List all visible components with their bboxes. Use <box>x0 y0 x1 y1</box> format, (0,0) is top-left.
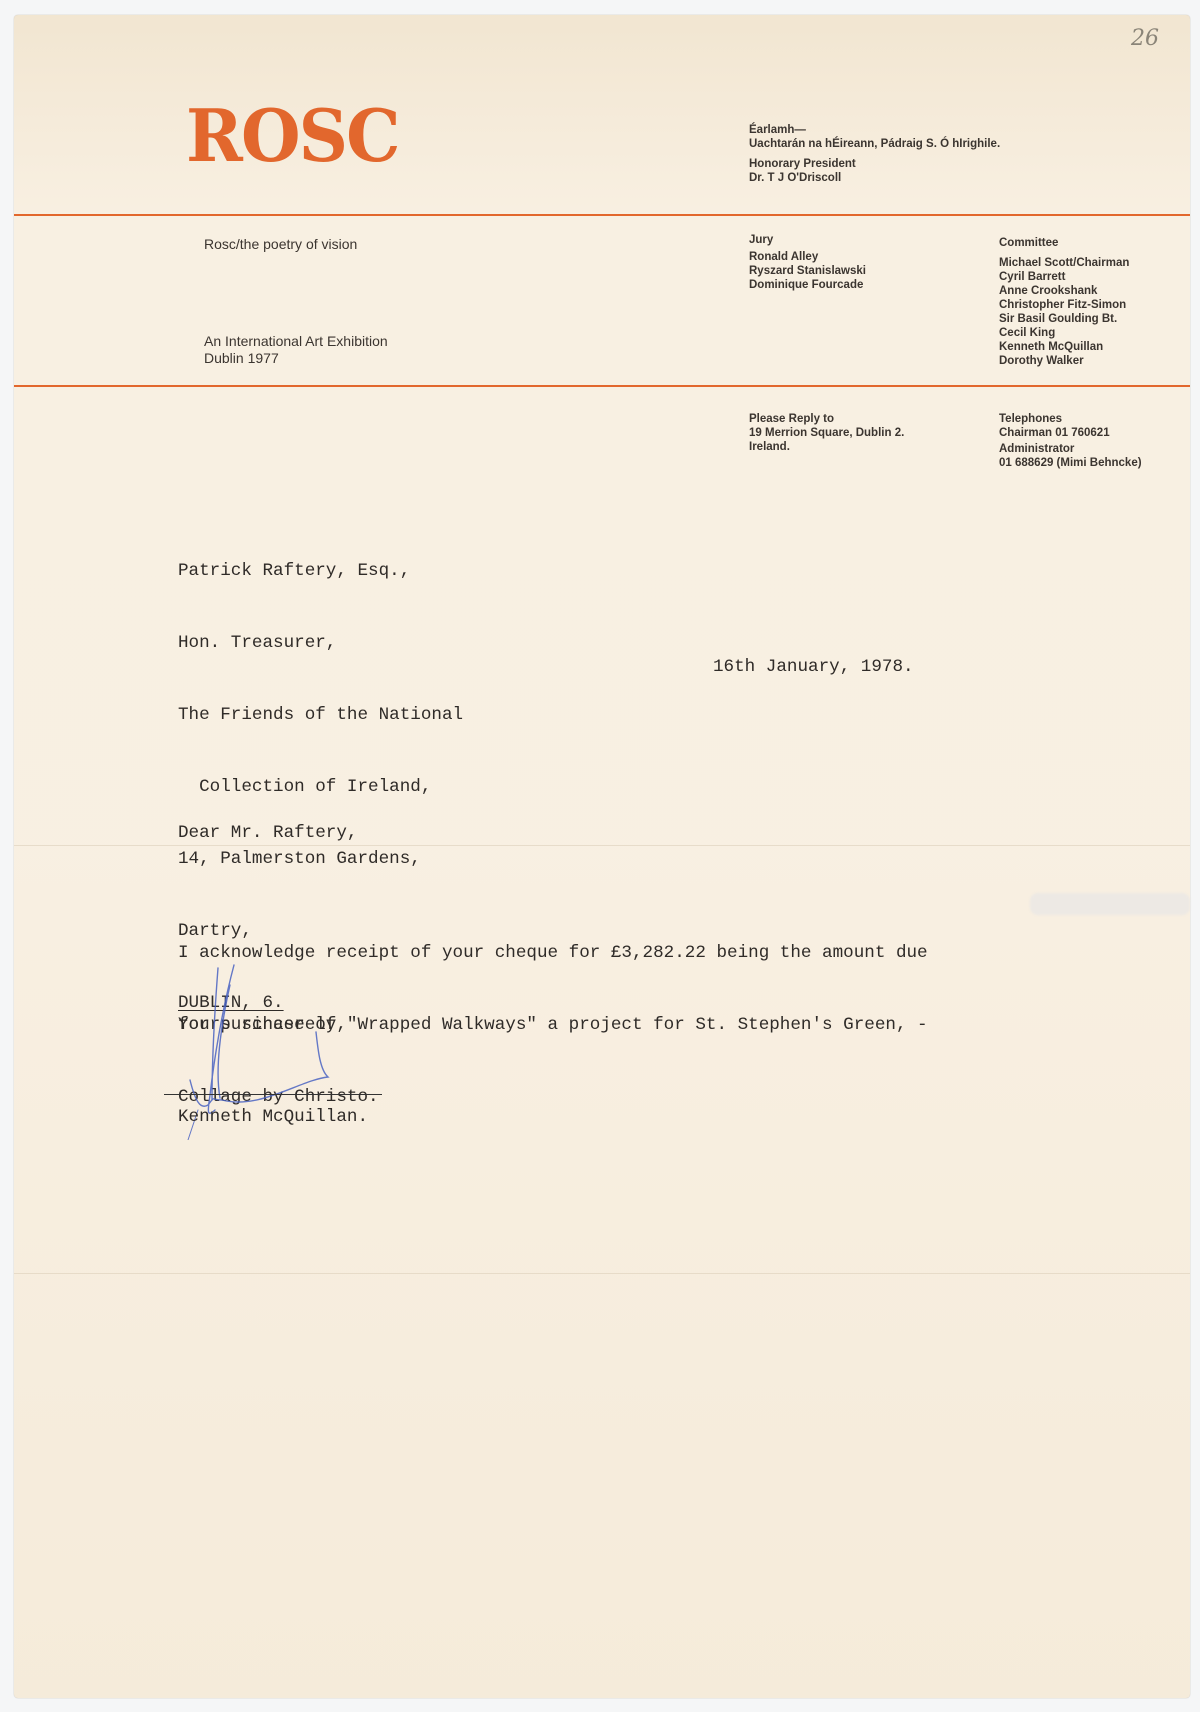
committee-block: Committee Michael Scott/Chairman Cyril B… <box>999 236 1129 368</box>
orange-rule-bottom <box>14 385 1190 387</box>
recipient-line: Hon. Treasurer, <box>178 631 463 655</box>
jury-member: Ronald Alley <box>749 250 866 264</box>
rosc-logo: ROSC <box>186 100 399 172</box>
telephones-label: Telephones <box>999 412 1142 426</box>
committee-member: Kenneth McQuillan <box>999 340 1129 354</box>
patron-name: Uachtarán na hÉireann, Pádraig S. Ó hIri… <box>749 137 1000 151</box>
exhibition-block: An International Art Exhibition Dublin 1… <box>204 333 388 367</box>
patron-label: Éarlamh— <box>749 123 1000 137</box>
signatory-name: Kenneth McQuillan. <box>178 1105 368 1129</box>
committee-member: Michael Scott/Chairman <box>999 256 1129 270</box>
exhibition-line2: Dublin 1977 <box>204 350 388 367</box>
honorary-president-name: Dr. T J O'Driscoll <box>749 171 1000 185</box>
telephones-block: Telephones Chairman 01 760621 Administra… <box>999 412 1142 470</box>
salutation: Dear Mr. Raftery, <box>178 821 358 845</box>
jury-member: Dominique Fourcade <box>749 278 866 292</box>
committee-member: Sir Basil Goulding Bt. <box>999 312 1129 326</box>
signature-line <box>164 1094 382 1095</box>
committee-member: Dorothy Walker <box>999 354 1129 368</box>
recipient-line: The Friends of the National <box>178 703 463 727</box>
exhibition-line1: An International Art Exhibition <box>204 333 388 350</box>
jury-member: Ryszard Stanislawski <box>749 264 866 278</box>
reply-line2: Ireland. <box>749 440 904 454</box>
committee-member: Cyril Barrett <box>999 270 1129 284</box>
committee-label: Committee <box>999 236 1129 250</box>
jury-label: Jury <box>749 233 866 247</box>
tagline: Rosc/the poetry of vision <box>204 236 357 253</box>
fold-crease <box>14 1273 1190 1274</box>
committee-member: Christopher Fitz-Simon <box>999 298 1129 312</box>
reply-label: Please Reply to <box>749 412 904 426</box>
patron-block: Éarlamh— Uachtarán na hÉireann, Pádraig … <box>749 123 1000 185</box>
administrator-label: Administrator <box>999 442 1142 456</box>
jury-block: Jury Ronald Alley Ryszard Stanislawski D… <box>749 233 866 292</box>
committee-member: Anne Crookshank <box>999 284 1129 298</box>
orange-rule-top <box>14 214 1190 216</box>
recipient-line: 14, Palmerston Gardens, <box>178 847 463 871</box>
reply-line1: 19 Merrion Square, Dublin 2. <box>749 426 904 440</box>
honorary-president-label: Honorary President <box>749 157 1000 171</box>
handwritten-page-number: 26 <box>1131 26 1159 51</box>
chairman-phone: Chairman 01 760621 <box>999 426 1142 440</box>
recipient-line: Patrick Raftery, Esq., <box>178 559 463 583</box>
committee-member: Cecil King <box>999 326 1129 340</box>
paper-smudge <box>1030 893 1190 915</box>
administrator-phone: 01 688629 (Mimi Behncke) <box>999 456 1142 470</box>
recipient-line: Collection of Ireland, <box>178 775 463 799</box>
reply-address-block: Please Reply to 19 Merrion Square, Dubli… <box>749 412 904 454</box>
letter-date: 16th January, 1978. <box>713 655 914 679</box>
